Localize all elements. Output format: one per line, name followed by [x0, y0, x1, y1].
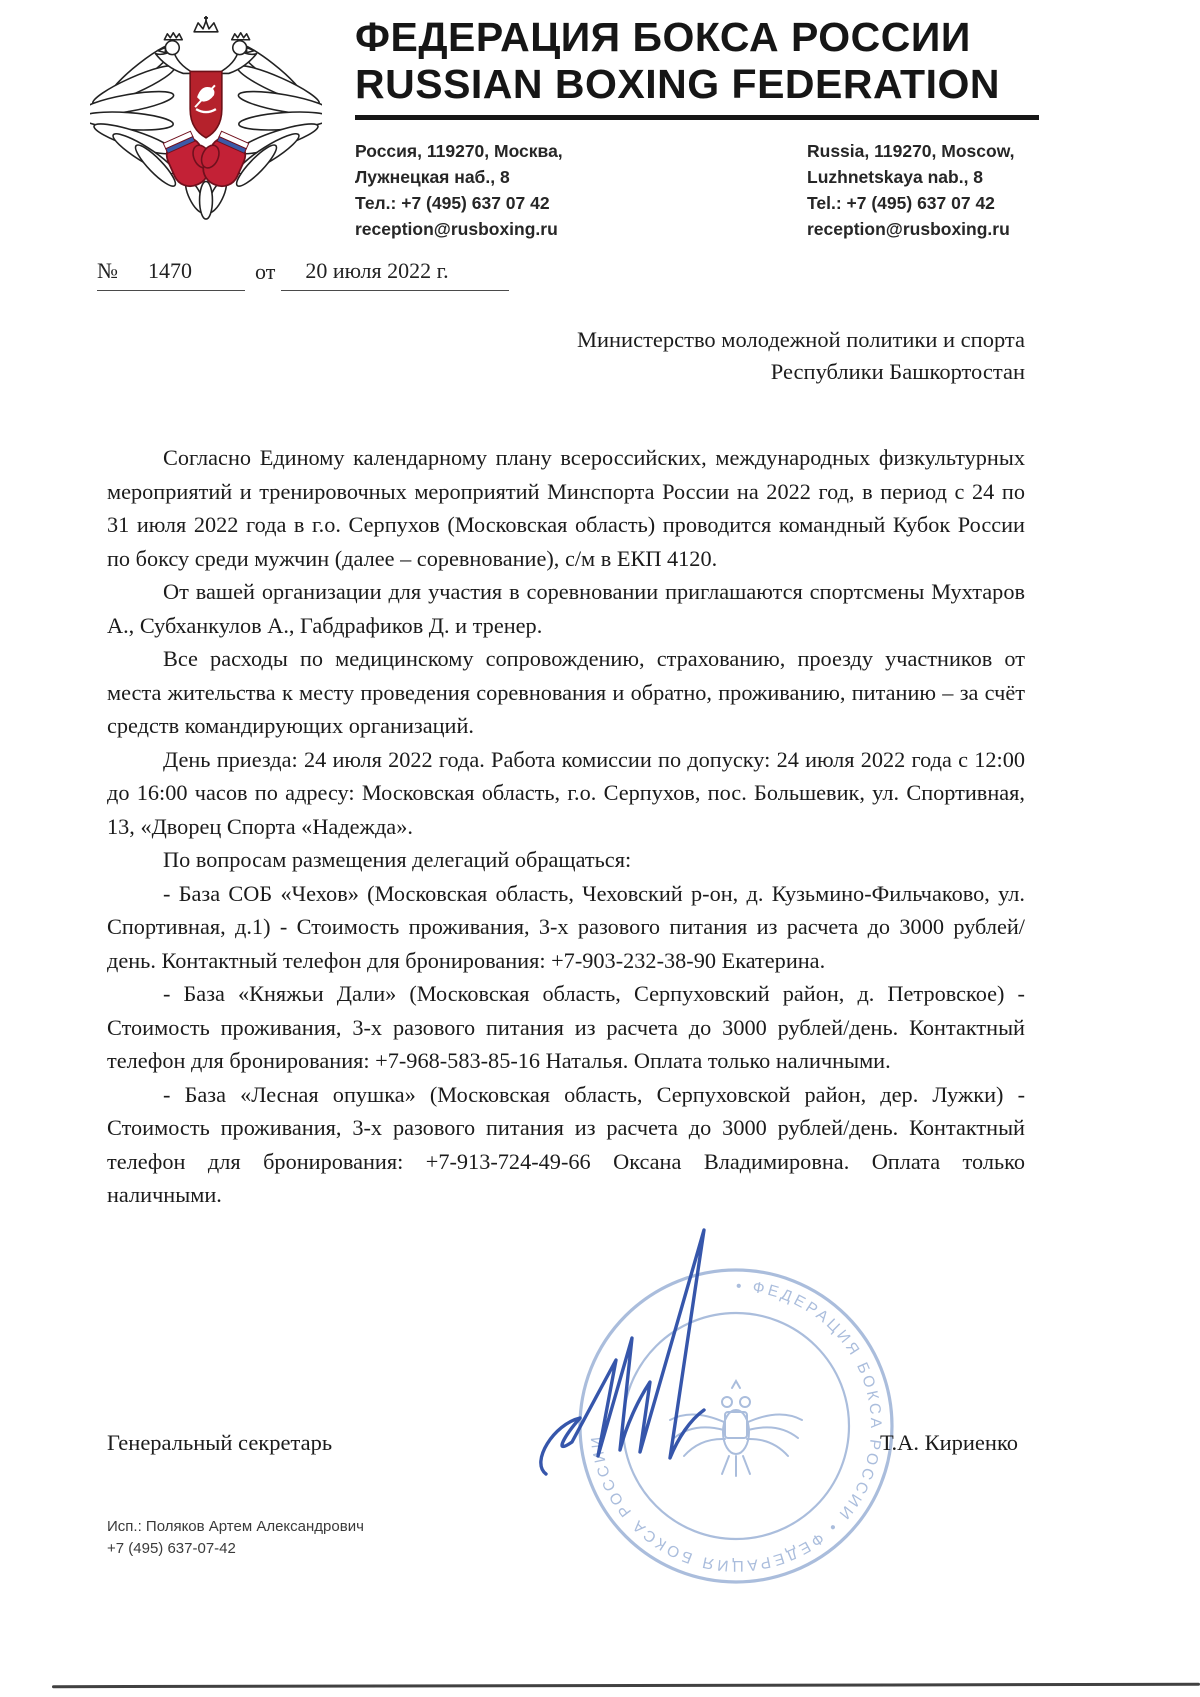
address-en-email: reception@rusboxing.ru [807, 216, 1039, 242]
letter-date: 20 июля 2022 г. [281, 258, 509, 291]
paragraph-base-chekhov: - База СОБ «Чехов» (Московская область, … [107, 877, 1025, 978]
address-en-line: Luzhnetskaya nab., 8 [807, 164, 1039, 190]
executor-name: Исп.: Поляков Артем Александрович [107, 1516, 364, 1538]
address-ru-line: Россия, 119270, Москва, [355, 138, 697, 164]
scan-edge-line [52, 1683, 1200, 1688]
recipient-line2: Республики Башкортостан [577, 356, 1025, 388]
recipient-line1: Министерство молодежной политики и спорт… [577, 324, 1025, 356]
org-name-ru: ФЕДЕРАЦИЯ БОКСА РОССИИ [355, 14, 1039, 61]
letter-body: Согласно Единому календарному плану всер… [107, 441, 1025, 1212]
paragraph: День приезда: 24 июля 2022 года. Работа … [107, 743, 1025, 844]
address-ru-line: Лужнецкая наб., 8 [355, 164, 697, 190]
executor-block: Исп.: Поляков Артем Александрович +7 (49… [107, 1516, 364, 1560]
paragraph: От вашей организации для участия в сорев… [107, 575, 1025, 642]
letter-page: ФЕДЕРАЦИЯ БОКСА РОССИИ RUSSIAN BOXING FE… [0, 0, 1200, 1697]
address-ru: Россия, 119270, Москва, Лужнецкая наб., … [355, 138, 697, 242]
letter-number: 1470 [148, 258, 192, 284]
signature-row: Генеральный секретарь Т.А. Кириенко [107, 1430, 1018, 1456]
address-en-line: Russia, 119270, Moscow, [807, 138, 1039, 164]
signer-position: Генеральный секретарь [107, 1430, 332, 1456]
reference-number-field: № 1470 [97, 258, 245, 291]
executor-phone: +7 (495) 637-07-42 [107, 1538, 364, 1560]
address-ru-email: reception@rusboxing.ru [355, 216, 697, 242]
paragraph-base-lesnaya-opushka: - База «Лесная опушка» (Московская облас… [107, 1078, 1025, 1212]
handwritten-signature [528, 1212, 733, 1507]
address-ru-line: Тел.: +7 (495) 637 07 42 [355, 190, 697, 216]
federation-emblem-icon [90, 12, 322, 230]
address-en: Russia, 119270, Moscow, Luzhnetskaya nab… [697, 138, 1039, 242]
paragraph: Все расходы по медицинскому сопровождени… [107, 642, 1025, 743]
org-name-en: RUSSIAN BOXING FEDERATION [355, 61, 1039, 108]
from-label: от [255, 259, 275, 291]
paragraph: По вопросам размещения делегаций обращат… [107, 843, 1025, 877]
paragraph: Согласно Единому календарному плану всер… [107, 441, 1025, 575]
signer-name: Т.А. Кириенко [880, 1430, 1018, 1456]
recipient-block: Министерство молодежной политики и спорт… [577, 324, 1025, 388]
number-sign: № [97, 258, 118, 284]
reference-line: № 1470 от 20 июля 2022 г. [97, 258, 509, 291]
letterhead-addresses: Россия, 119270, Москва, Лужнецкая наб., … [355, 138, 1039, 242]
header-divider [355, 115, 1039, 120]
paragraph-base-knyazhi-dali: - База «Княжьи Дали» (Московская область… [107, 977, 1025, 1078]
address-en-line: Tel.: +7 (495) 637 07 42 [807, 190, 1039, 216]
